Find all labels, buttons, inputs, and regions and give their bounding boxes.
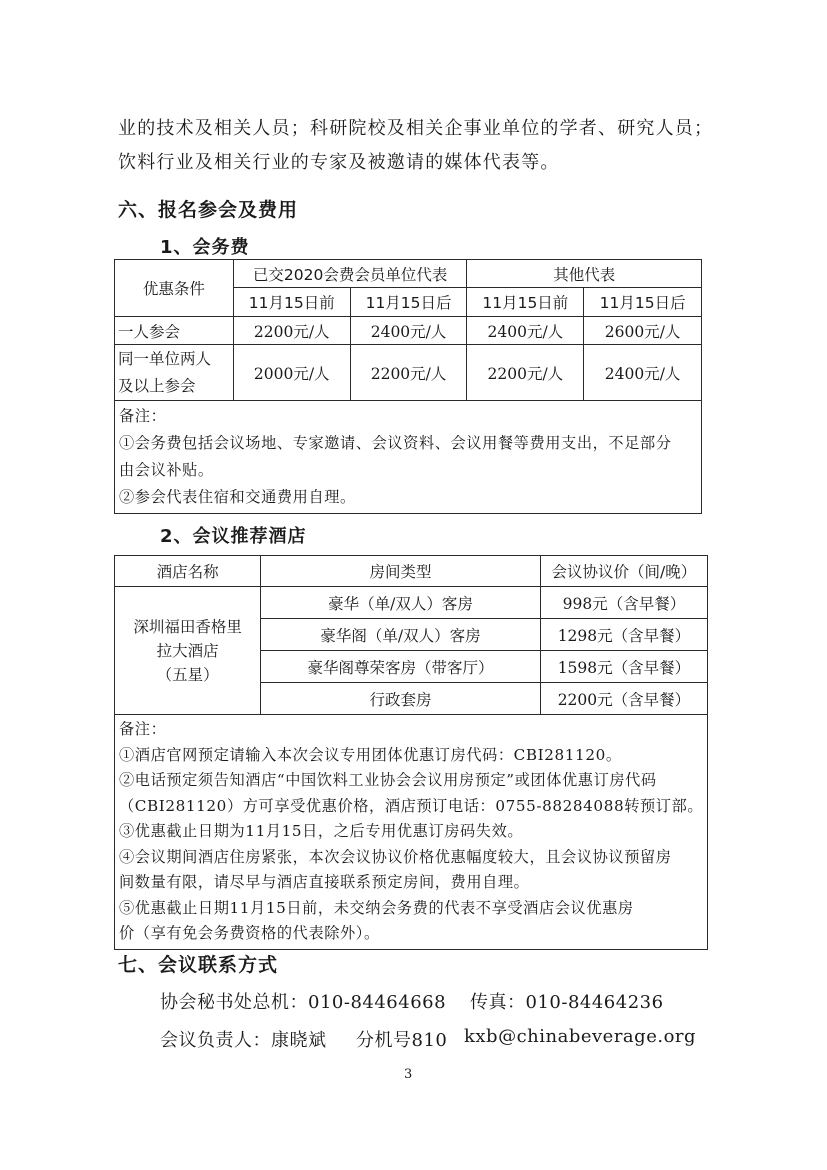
fee-cell: 2200元/人 <box>233 317 350 345</box>
fee-cell: 2200元/人 <box>350 345 467 401</box>
hotel-note-item: ③优惠截止日期为11月15日，之后专用优惠订房码失效。 <box>119 819 703 845</box>
fee-row-label-line: 及以上参会 <box>118 373 233 400</box>
hotel-header-price: 会议协议价（间/晚） <box>540 556 707 587</box>
hotel-note-item: 间数量有限，请尽早与酒店直接联系预定房间，费用自理。 <box>119 870 703 896</box>
contact-person: 会议负责人：康晓斌 <box>160 1026 327 1052</box>
table-row: 深圳福田香格里 拉大酒店 （五星） 豪华（单/双人）客房 998元（含早餐） <box>115 587 708 619</box>
contact-email[interactable]: kxb@chinabeverage.org <box>464 1026 696 1047</box>
fee-row-label: 同一单位两人 及以上参会 <box>115 345 234 401</box>
room-price: 1298元（含早餐） <box>540 619 707 651</box>
fee-cell: 2400元/人 <box>467 317 584 345</box>
hotel-name-line: （五星） <box>115 663 260 687</box>
room-price: 1598元（含早餐） <box>540 651 707 683</box>
table-row: 同一单位两人 及以上参会 2000元/人 2200元/人 2200元/人 240… <box>115 345 702 401</box>
table-row: 一人参会 2200元/人 2400元/人 2400元/人 2600元/人 <box>115 317 702 345</box>
hotel-notes: 备注： ①酒店官网预定请输入本次会议专用团体优惠订房代码：CBI281120。 … <box>115 715 708 950</box>
section-6-2-title: 2、会议推荐酒店 <box>160 522 307 548</box>
fee-notes: 备注： ①会务费包括会议场地、专家邀请、会议资料、会议用餐等费用支出，不足部分 … <box>115 401 702 514</box>
hotel-note-item: ②电话预定须告知酒店“中国饮料工业协会会议用房预定”或团体优惠订房代码 <box>119 768 703 794</box>
hotel-note-item: （CBI281120）方可享受优惠价格，酒店预订电话：0755-88284088… <box>119 794 703 820</box>
fee-header-other: 其他代表 <box>467 260 702 288</box>
fee-header-condition: 优惠条件 <box>115 260 234 317</box>
hotel-header-room-type: 房间类型 <box>261 556 540 587</box>
hotel-note-item: ①酒店官网预定请输入本次会议专用团体优惠订房代码：CBI281120。 <box>119 743 703 769</box>
hotel-header-name: 酒店名称 <box>115 556 261 587</box>
hotel-name-line: 深圳福田香格里 <box>115 615 260 639</box>
section-6-1-title: 1、会务费 <box>160 233 250 259</box>
fee-date-header: 11月15日前 <box>233 288 350 317</box>
fee-cell: 2200元/人 <box>467 345 584 401</box>
hotel-name: 深圳福田香格里 拉大酒店 （五星） <box>115 587 261 715</box>
room-price: 2200元（含早餐） <box>540 683 707 715</box>
fee-header-member: 已交2020会费会员单位代表 <box>233 260 467 288</box>
hotel-note-item: ⑤优惠截止日期11月15日前，未交纳会务费的代表不享受酒店会议优惠房 <box>119 896 703 922</box>
fee-note-item: 由会议补贴。 <box>119 457 697 484</box>
fee-note-item: ①会务费包括会议场地、专家邀请、会议资料、会议用餐等费用支出，不足部分 <box>119 430 697 457</box>
hotel-notes-title: 备注： <box>119 717 703 743</box>
fee-cell: 2400元/人 <box>584 345 702 401</box>
room-price: 998元（含早餐） <box>540 587 707 619</box>
hotel-name-line: 拉大酒店 <box>115 639 260 663</box>
fee-date-header: 11月15日前 <box>467 288 584 317</box>
fee-date-header: 11月15日后 <box>584 288 702 317</box>
intro-line-2: 饮料行业及相关行业的专家及被邀请的媒体代表等。 <box>118 152 560 174</box>
intro-line-1: 业的技术及相关人员；科研院校及相关企事业单位的学者、研究人员； <box>118 118 713 140</box>
room-type: 行政套房 <box>261 683 540 715</box>
fee-date-header: 11月15日后 <box>350 288 467 317</box>
fax-number: 传真：010-84464236 <box>470 988 664 1014</box>
room-type: 豪华阁尊荣客房（带客厅） <box>261 651 540 683</box>
fee-cell: 2000元/人 <box>233 345 350 401</box>
extension-number: 分机号810 <box>356 1026 447 1052</box>
section-7-title: 七、会议联系方式 <box>118 950 278 977</box>
fee-cell: 2600元/人 <box>584 317 702 345</box>
hotel-table: 酒店名称 房间类型 会议协议价（间/晚） 深圳福田香格里 拉大酒店 （五星） 豪… <box>114 555 708 950</box>
section-6-title: 六、报名参会及费用 <box>118 195 298 222</box>
fee-row-label-line: 同一单位两人 <box>118 346 233 373</box>
fee-cell: 2400元/人 <box>350 317 467 345</box>
fee-row-label: 一人参会 <box>115 317 234 345</box>
hotel-note-item: 价（享有免会务费资格的代表除外）。 <box>119 921 703 947</box>
hotel-note-item: ④会议期间酒店住房紧张，本次会议协议价格优惠幅度较大，且会议协议预留房 <box>119 845 703 871</box>
room-type: 豪华（单/双人）客房 <box>261 587 540 619</box>
fee-note-item: ②参会代表住宿和交通费用自理。 <box>119 484 697 511</box>
conference-fee-table: 优惠条件 已交2020会费会员单位代表 其他代表 11月15日前 11月15日后… <box>114 259 702 514</box>
switchboard-phone: 协会秘书处总机：010-84464668 <box>160 988 446 1014</box>
fee-notes-title: 备注： <box>119 403 697 430</box>
room-type: 豪华阁（单/双人）客房 <box>261 619 540 651</box>
page-number: 3 <box>404 1067 412 1082</box>
